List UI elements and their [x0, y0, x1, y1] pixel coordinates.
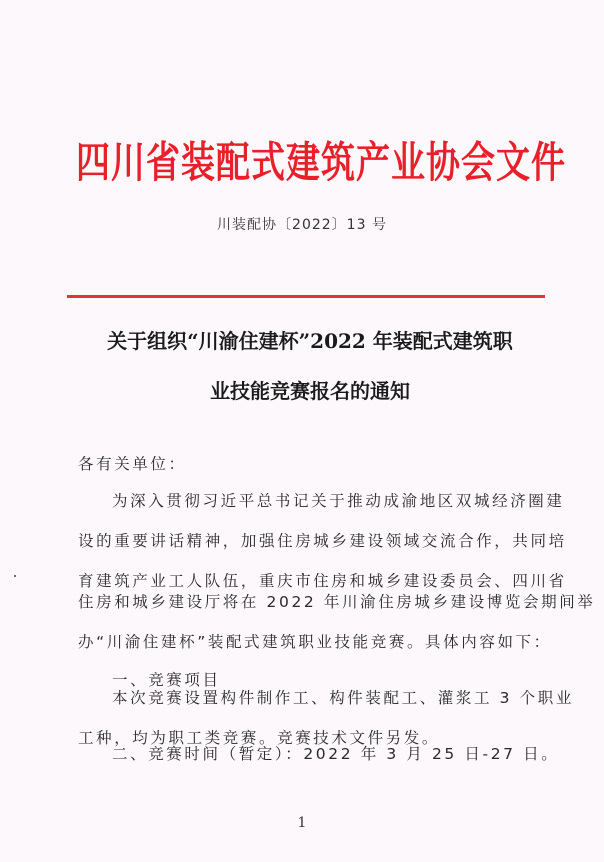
scan-speck [14, 575, 16, 577]
notice-title-line-2: 业技能竞赛报名的通知 [60, 375, 560, 404]
document-page: 四川省装配式建筑产业协会文件 川装配协〔2022〕13 号 关于组织“川渝住建杯… [0, 0, 604, 862]
paragraph-line: 为深入贯彻习近平总书记关于推动成渝地区双城经济圈建 [112, 489, 565, 511]
salutation: 各有关单位： [78, 452, 187, 474]
page-number: 1 [0, 815, 604, 831]
red-divider-rule [67, 295, 545, 298]
section-heading-2: 二、竞赛时间（暂定）：2022 年 3 月 25 日-27 日。 [112, 742, 559, 764]
paragraph-line: 住房和城乡建设厅将在 2022 年川渝住房城乡建设博览会期间举 [78, 590, 595, 612]
paragraph-line: 本次竞赛设置构件制作工、构件装配工、灌浆工 3 个职业 [112, 686, 574, 708]
notice-title-line-1: 关于组织“川渝住建杯”2022 年装配式建筑职 [60, 325, 560, 354]
paragraph-line: 办“川渝住建杯”装配式建筑职业技能竞赛。具体内容如下： [78, 630, 552, 652]
paragraph-line: 设的重要讲话精神，加强住房城乡建设领域交流合作，共同培 [78, 529, 567, 551]
document-number: 川装配协〔2022〕13 号 [0, 214, 604, 234]
scan-speck [302, 573, 304, 575]
paragraph-line: 育建筑产业工人队伍，重庆市住房和城乡建设委员会、四川省 [78, 569, 567, 591]
organization-header-title: 四川省装配式建筑产业协会文件 [76, 128, 536, 189]
